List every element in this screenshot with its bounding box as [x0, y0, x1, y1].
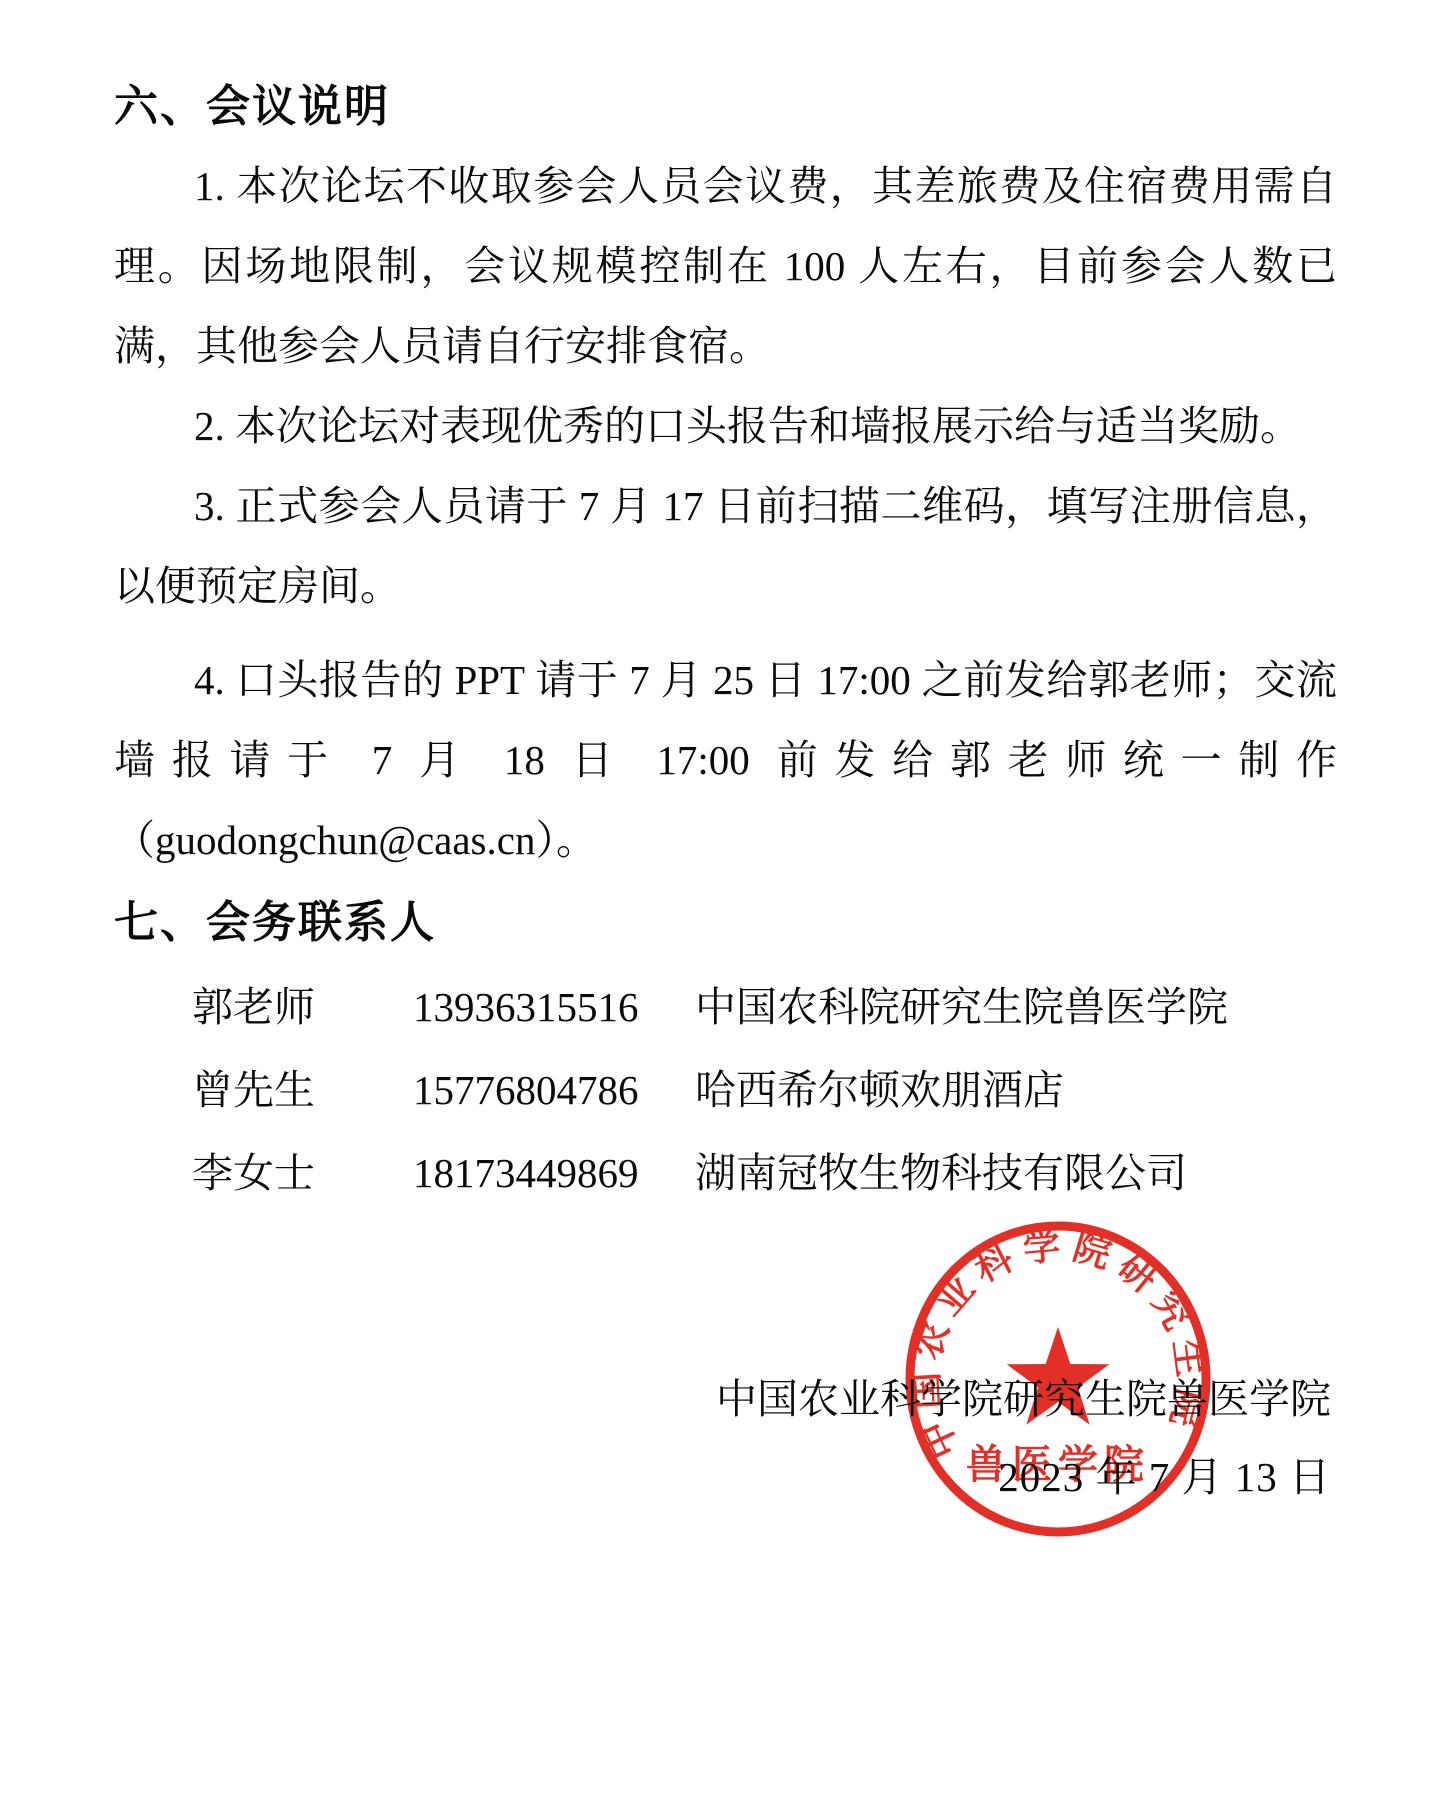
contact-name: 郭老师	[192, 966, 413, 1049]
section-7-heading: 七、会务联系人	[114, 896, 1337, 950]
signature-date: 2023 年 7 月 13 日	[114, 1438, 1331, 1516]
contact-name: 李女士	[192, 1132, 413, 1215]
document-page: 六、会议说明 1. 本次论坛不收取参会人员会议费，其差旅费及住宿费用需自理。因场…	[0, 0, 1451, 1813]
contact-phone: 13936315516	[413, 966, 695, 1049]
contact-phone: 15776804786	[413, 1049, 695, 1132]
contact-org: 中国农科院研究生院兽医学院	[695, 966, 1337, 1049]
contact-name: 曾先生	[192, 1049, 413, 1132]
meeting-note-4: 4. 口头报告的 PPT 请于 7 月 25 日 17:00 之前发给郭老师；交…	[114, 640, 1337, 880]
signature-block: 中国农业科学院研究生院兽医学院 2023 年 7 月 13 日	[114, 1360, 1337, 1516]
contact-org: 哈西希尔顿欢朋酒店	[695, 1049, 1337, 1132]
contact-row: 李女士 18173449869 湖南冠牧生物科技有限公司	[114, 1132, 1337, 1215]
meeting-note-2: 2. 本次论坛对表现优秀的口头报告和墙报展示给与适当奖励。	[114, 386, 1337, 466]
contact-org: 湖南冠牧生物科技有限公司	[695, 1132, 1337, 1215]
section-6-heading: 六、会议说明	[114, 80, 1337, 134]
signature-institution: 中国农业科学院研究生院兽医学院	[114, 1360, 1331, 1438]
meeting-note-1: 1. 本次论坛不收取参会人员会议费，其差旅费及住宿费用需自理。因场地限制，会议规…	[114, 146, 1337, 386]
contact-row: 曾先生 15776804786 哈西希尔顿欢朋酒店	[114, 1049, 1337, 1132]
contact-row: 郭老师 13936315516 中国农科院研究生院兽医学院	[114, 966, 1337, 1049]
meeting-note-3: 3. 正式参会人员请于 7 月 17 日前扫描二维码，填写注册信息，以便预定房间…	[114, 466, 1337, 626]
contact-table: 郭老师 13936315516 中国农科院研究生院兽医学院 曾先生 157768…	[114, 966, 1337, 1215]
contact-phone: 18173449869	[413, 1132, 695, 1215]
